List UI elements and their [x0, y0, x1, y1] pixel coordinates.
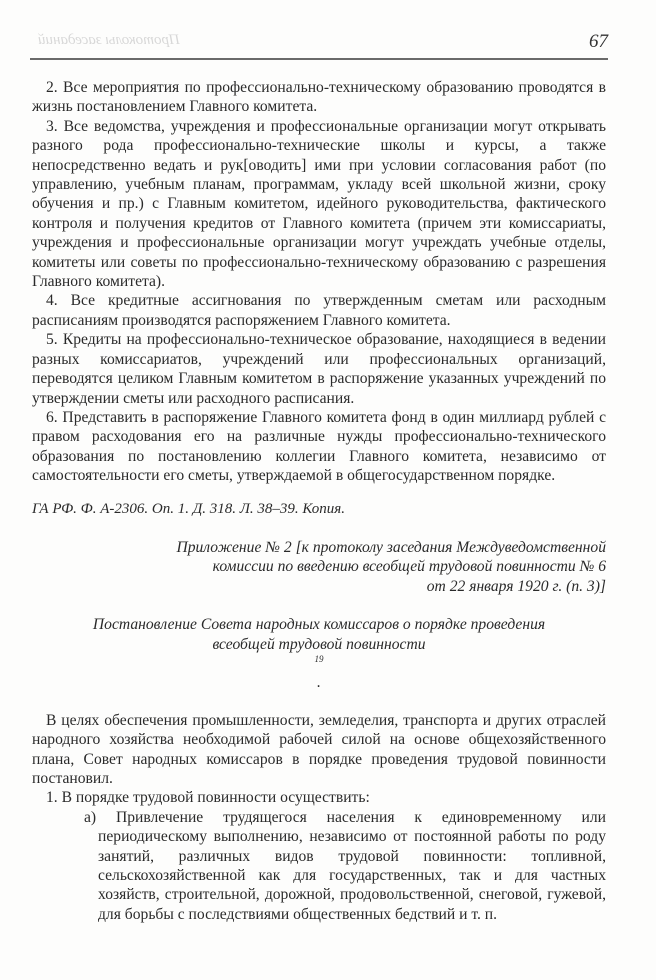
resolution-title-line-2: всеобщей трудовой повинности19.	[32, 635, 606, 693]
page-body: 2. Все мероприятия по профессионально-те…	[32, 78, 606, 924]
resolution-item-1: 1. В порядке трудовой повинности осущест…	[32, 788, 606, 807]
footnote-marker: 19	[315, 654, 324, 664]
appendix-line-2: комиссии по введению всеобщей трудовой п…	[92, 557, 606, 576]
paragraph-5: 5. Кредиты на профессионально-техническо…	[32, 330, 606, 408]
title-period: .	[32, 673, 606, 692]
page-number: 67	[589, 31, 608, 53]
resolution-item-1a: а) Привлечение трудящегося населения к е…	[72, 808, 606, 924]
bleed-through-header: Протоколы заседаний	[38, 32, 180, 49]
appendix-heading: Приложение № 2 [к протоколу заседания Ме…	[92, 538, 606, 596]
appendix-line-3: от 22 января 1920 г. (п. 3)]	[92, 577, 606, 596]
resolution-preamble: В целях обеспечения промышленности, земл…	[32, 711, 606, 789]
paragraph-4: 4. Все кредитные ассигнования по утвержд…	[32, 291, 606, 330]
resolution-title-line-1: Постановление Совета народных комиссаров…	[32, 615, 606, 634]
document-page: Протоколы заседаний 67 2. Все мероприяти…	[0, 0, 656, 980]
archive-source-citation: ГА РФ. Ф. А-2306. Оп. 1. Д. 318. Л. 38–3…	[32, 500, 606, 519]
paragraph-2: 2. Все мероприятия по профессионально-те…	[32, 78, 606, 117]
resolution-title-text: всеобщей трудовой повинности	[32, 635, 606, 654]
paragraph-6: 6. Представить в распоряжение Главного к…	[32, 408, 606, 486]
running-header: Протоколы заседаний 67	[30, 28, 608, 60]
resolution-title: Постановление Совета народных комиссаров…	[32, 615, 606, 693]
appendix-line-1: Приложение № 2 [к протоколу заседания Ме…	[92, 538, 606, 557]
paragraph-3: 3. Все ведомства, учреждения и профессио…	[32, 117, 606, 292]
